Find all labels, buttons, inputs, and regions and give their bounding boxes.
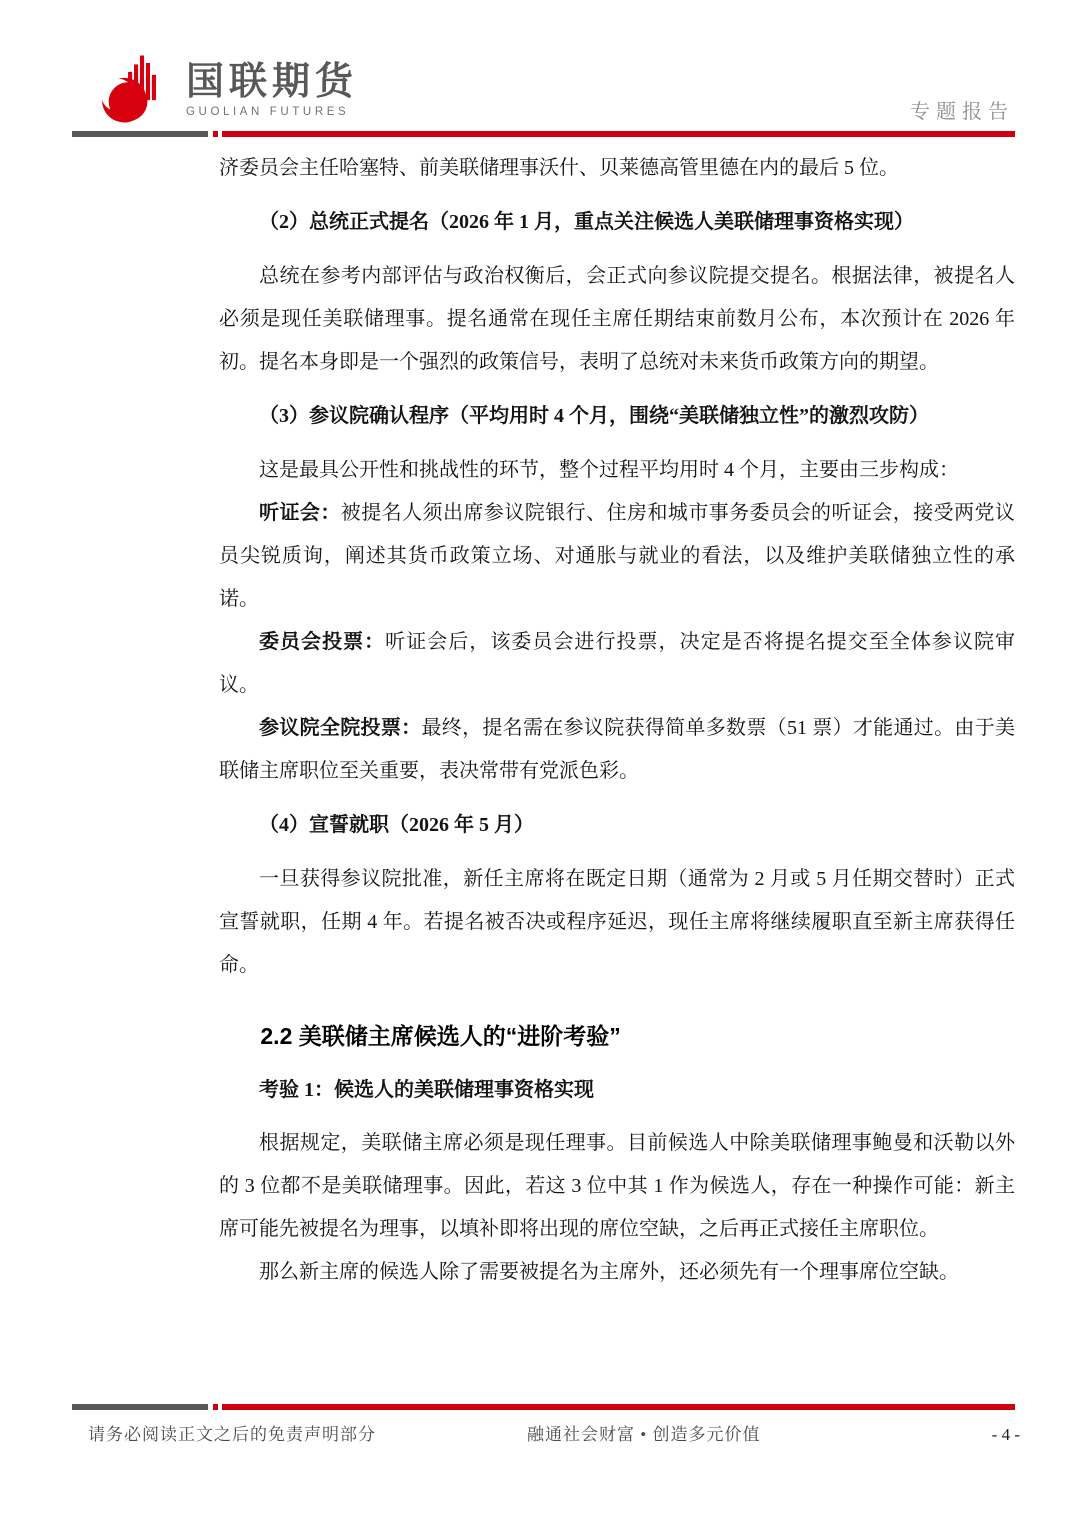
heading-step-4: （4）宣誓就职（2026 年 5 月） xyxy=(219,804,1015,847)
committee-vote-lead-label: 委员会投票： xyxy=(259,631,385,653)
heading-step-3: （3）参议院确认程序（平均用时 4 个月，围绕“美联储独立性”的激烈攻防） xyxy=(219,395,1015,438)
brand-logo-text: 国联期货 GUOLIAN FUTURES xyxy=(186,61,358,118)
heading-step-2: （2）总统正式提名（2026 年 1 月，重点关注候选人美联储理事资格实现） xyxy=(219,201,1015,244)
report-page: { "header": { "logo_cn": "国联期货", "logo_e… xyxy=(0,0,1080,1527)
document-body: 济委员会主任哈塞特、前美联储理事沃什、贝莱德高管里德在内的最后 5 位。 （2）… xyxy=(219,147,1015,1294)
brand-name-en: GUOLIAN FUTURES xyxy=(186,106,358,118)
report-type-label: 专题报告 xyxy=(910,95,1014,124)
header-divider-dot xyxy=(213,131,218,137)
paragraph-governor-requirement: 根据规定，美联储主席必须是现任理事。目前候选人中除美联储理事鲍曼和沃勒以外的 3… xyxy=(219,1122,1015,1251)
paragraph-nomination: 总统在参考内部评估与政治权衡后，会正式向参议院提交提名。根据法律，被提名人必须是… xyxy=(219,255,1015,384)
header-divider xyxy=(72,131,1015,137)
footer-text-row: 请务必阅读正文之后的免责声明部分 融通社会财富 • 创造多元价值 - 4 - xyxy=(0,1420,1080,1450)
brand-logo: 国联期货 GUOLIAN FUTURES xyxy=(96,54,358,124)
paragraph-hearing: 听证会：被提名人须出席参议院银行、住房和城市事务委员会的听证会，接受两党议员尖锐… xyxy=(219,492,1015,621)
footer-divider-gray-segment xyxy=(72,1404,208,1410)
guolian-logo-icon xyxy=(96,54,172,124)
footer-divider xyxy=(72,1404,1015,1410)
footer-divider-dot xyxy=(213,1404,218,1410)
footer-slogan: 融通社会财富 • 创造多元价值 xyxy=(527,1420,760,1450)
section-heading-2-2: 2.2 美联储主席候选人的“进阶考验” xyxy=(219,1013,1015,1059)
brand-name-cn: 国联期货 xyxy=(186,61,358,103)
paragraph-inauguration: 一旦获得参议院批准，新任主席将在既定日期（通常为 2 月或 5 月任期交替时）正… xyxy=(219,858,1015,987)
paragraph-seat-vacancy: 那么新主席的候选人除了需要被提名为主席外，还必须先有一个理事席位空缺。 xyxy=(219,1251,1015,1294)
header-divider-red-segment xyxy=(222,131,1015,137)
paragraph-committee-vote: 委员会投票：听证会后，该委员会进行投票，决定是否将提名提交至全体参议院审议。 xyxy=(219,621,1015,707)
footer-divider-red-segment xyxy=(222,1404,1015,1410)
footer-disclaimer: 请务必阅读正文之后的免责声明部分 xyxy=(88,1420,376,1450)
paragraph-floor-vote: 参议院全院投票：最终，提名需在参议院获得简单多数票（51 票）才能通过。由于美联… xyxy=(219,707,1015,793)
paragraph-continuation: 济委员会主任哈塞特、前美联储理事沃什、贝莱德高管里德在内的最后 5 位。 xyxy=(219,147,1015,190)
hearing-lead-label: 听证会： xyxy=(259,502,341,524)
paragraph-confirmation-intro: 这是最具公开性和挑战性的环节，整个过程平均用时 4 个月，主要由三步构成： xyxy=(219,449,1015,492)
header-divider-gray-segment xyxy=(72,131,208,137)
floor-vote-lead-label: 参议院全院投票： xyxy=(259,717,421,739)
heading-test-1: 考验 1：候选人的美联储理事资格实现 xyxy=(219,1069,1015,1112)
footer-page-number: - 4 - xyxy=(992,1420,1020,1450)
